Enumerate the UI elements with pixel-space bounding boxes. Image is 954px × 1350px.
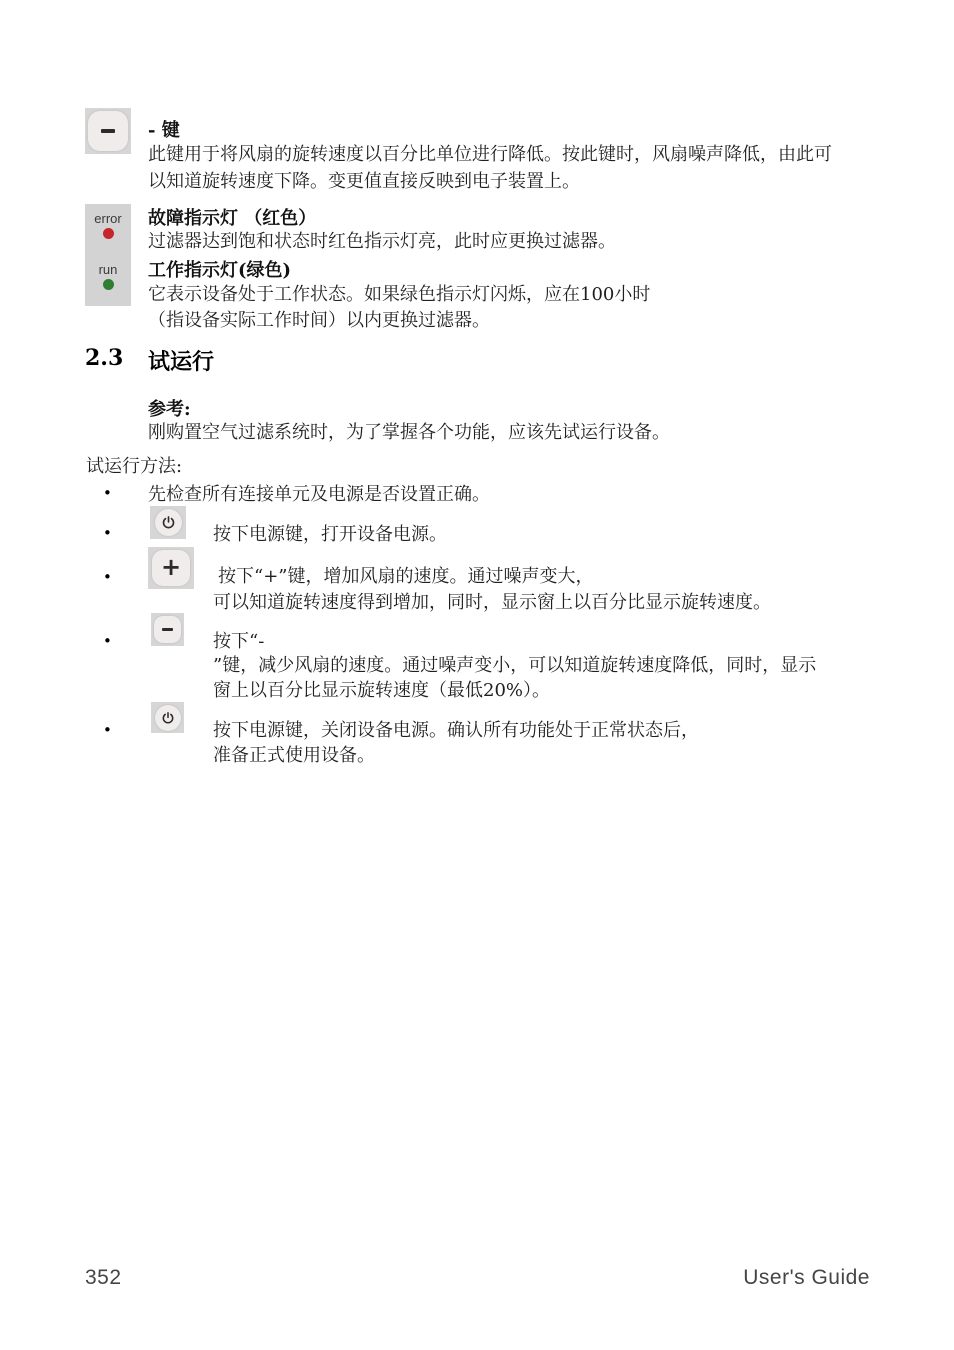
bullet4-text-line3: 窗上以百分比显示旋转速度（最低20%）。 [213,677,550,704]
indicator-panel-image: error run [85,204,131,306]
bullet-icon: • [103,632,112,650]
bullet2-text: 按下电源键，打开设备电源。 [213,521,447,548]
run-label: run [99,263,118,277]
minus-key-body-line2: 以知道旋转速度下降。变更值直接反映到电子装置上。 [148,168,580,195]
error-led-icon [103,228,114,239]
bullet5-text-line2: 准备正式使用设备。 [213,742,375,769]
power-icon [161,515,176,530]
error-indicator-heading: 故障指示灯 （红色） [148,204,316,230]
note-body: 刚购置空气过滤系统时，为了掌握各个功能，应该先试运行设备。 [148,419,670,446]
minus-key-small-image [151,613,184,646]
bullet-icon: • [103,568,112,586]
bullet3-text-line2: 可以知道旋转速度得到增加，同时，显示窗上以百分比显示旋转速度。 [213,589,771,616]
run-indicator-body-line1: 它表示设备处于工作状态。如果绿色指示灯闪烁，应在100小时 [148,281,650,308]
bullet3-text-line1: 按下“+”键，增加风扇的速度。通过噪声变大， [218,563,593,590]
power-key-image [150,506,186,539]
error-label: error [94,212,121,226]
run-led-icon [103,279,114,290]
section-number: 2.3 [85,345,123,371]
run-indicator-body-line2: （指设备实际工作时间）以内更换过滤器。 [148,307,490,334]
doc-title: User's Guide [743,1266,870,1290]
minus-key-image [85,108,131,154]
method-label: 试运行方法: [86,453,182,480]
plus-key-image: + [148,547,194,589]
page-number: 352 [85,1266,122,1290]
manual-page: - 键 此键用于将风扇的旋转速度以百分比单位进行降低。按此键时，风扇噪声降低，由… [0,0,954,1350]
bullet-icon: • [103,721,112,739]
note-heading: 参考: [148,395,191,421]
bullet1-text: 先检查所有连接单元及电源是否设置正确。 [148,481,490,508]
power-key-image [151,702,184,733]
minus-icon [101,129,115,133]
bullet-icon: • [103,484,112,502]
error-indicator-body: 过滤器达到饱和状态时红色指示灯亮，此时应更换过滤器。 [148,228,616,255]
run-indicator-heading: 工作指示灯(绿色) [148,256,291,282]
minus-icon [162,628,173,631]
minus-key-heading: - 键 [148,116,180,142]
plus-icon: + [161,555,181,579]
power-icon [161,711,175,725]
section-title: 试运行 [148,345,214,376]
minus-key-body-line1: 此键用于将风扇的旋转速度以百分比单位进行降低。按此键时，风扇噪声降低，由此可 [148,141,832,168]
bullet5-text-line1: 按下电源键，关闭设备电源。确认所有功能处于正常状态后， [213,717,699,744]
bullet4-text-line2: ”键，减少风扇的速度。通过噪声变小，可以知道旋转速度降低，同时，显示 [213,652,816,679]
bullet4-text-line1: 按下“- [213,628,264,655]
bullet-icon: • [103,524,112,542]
